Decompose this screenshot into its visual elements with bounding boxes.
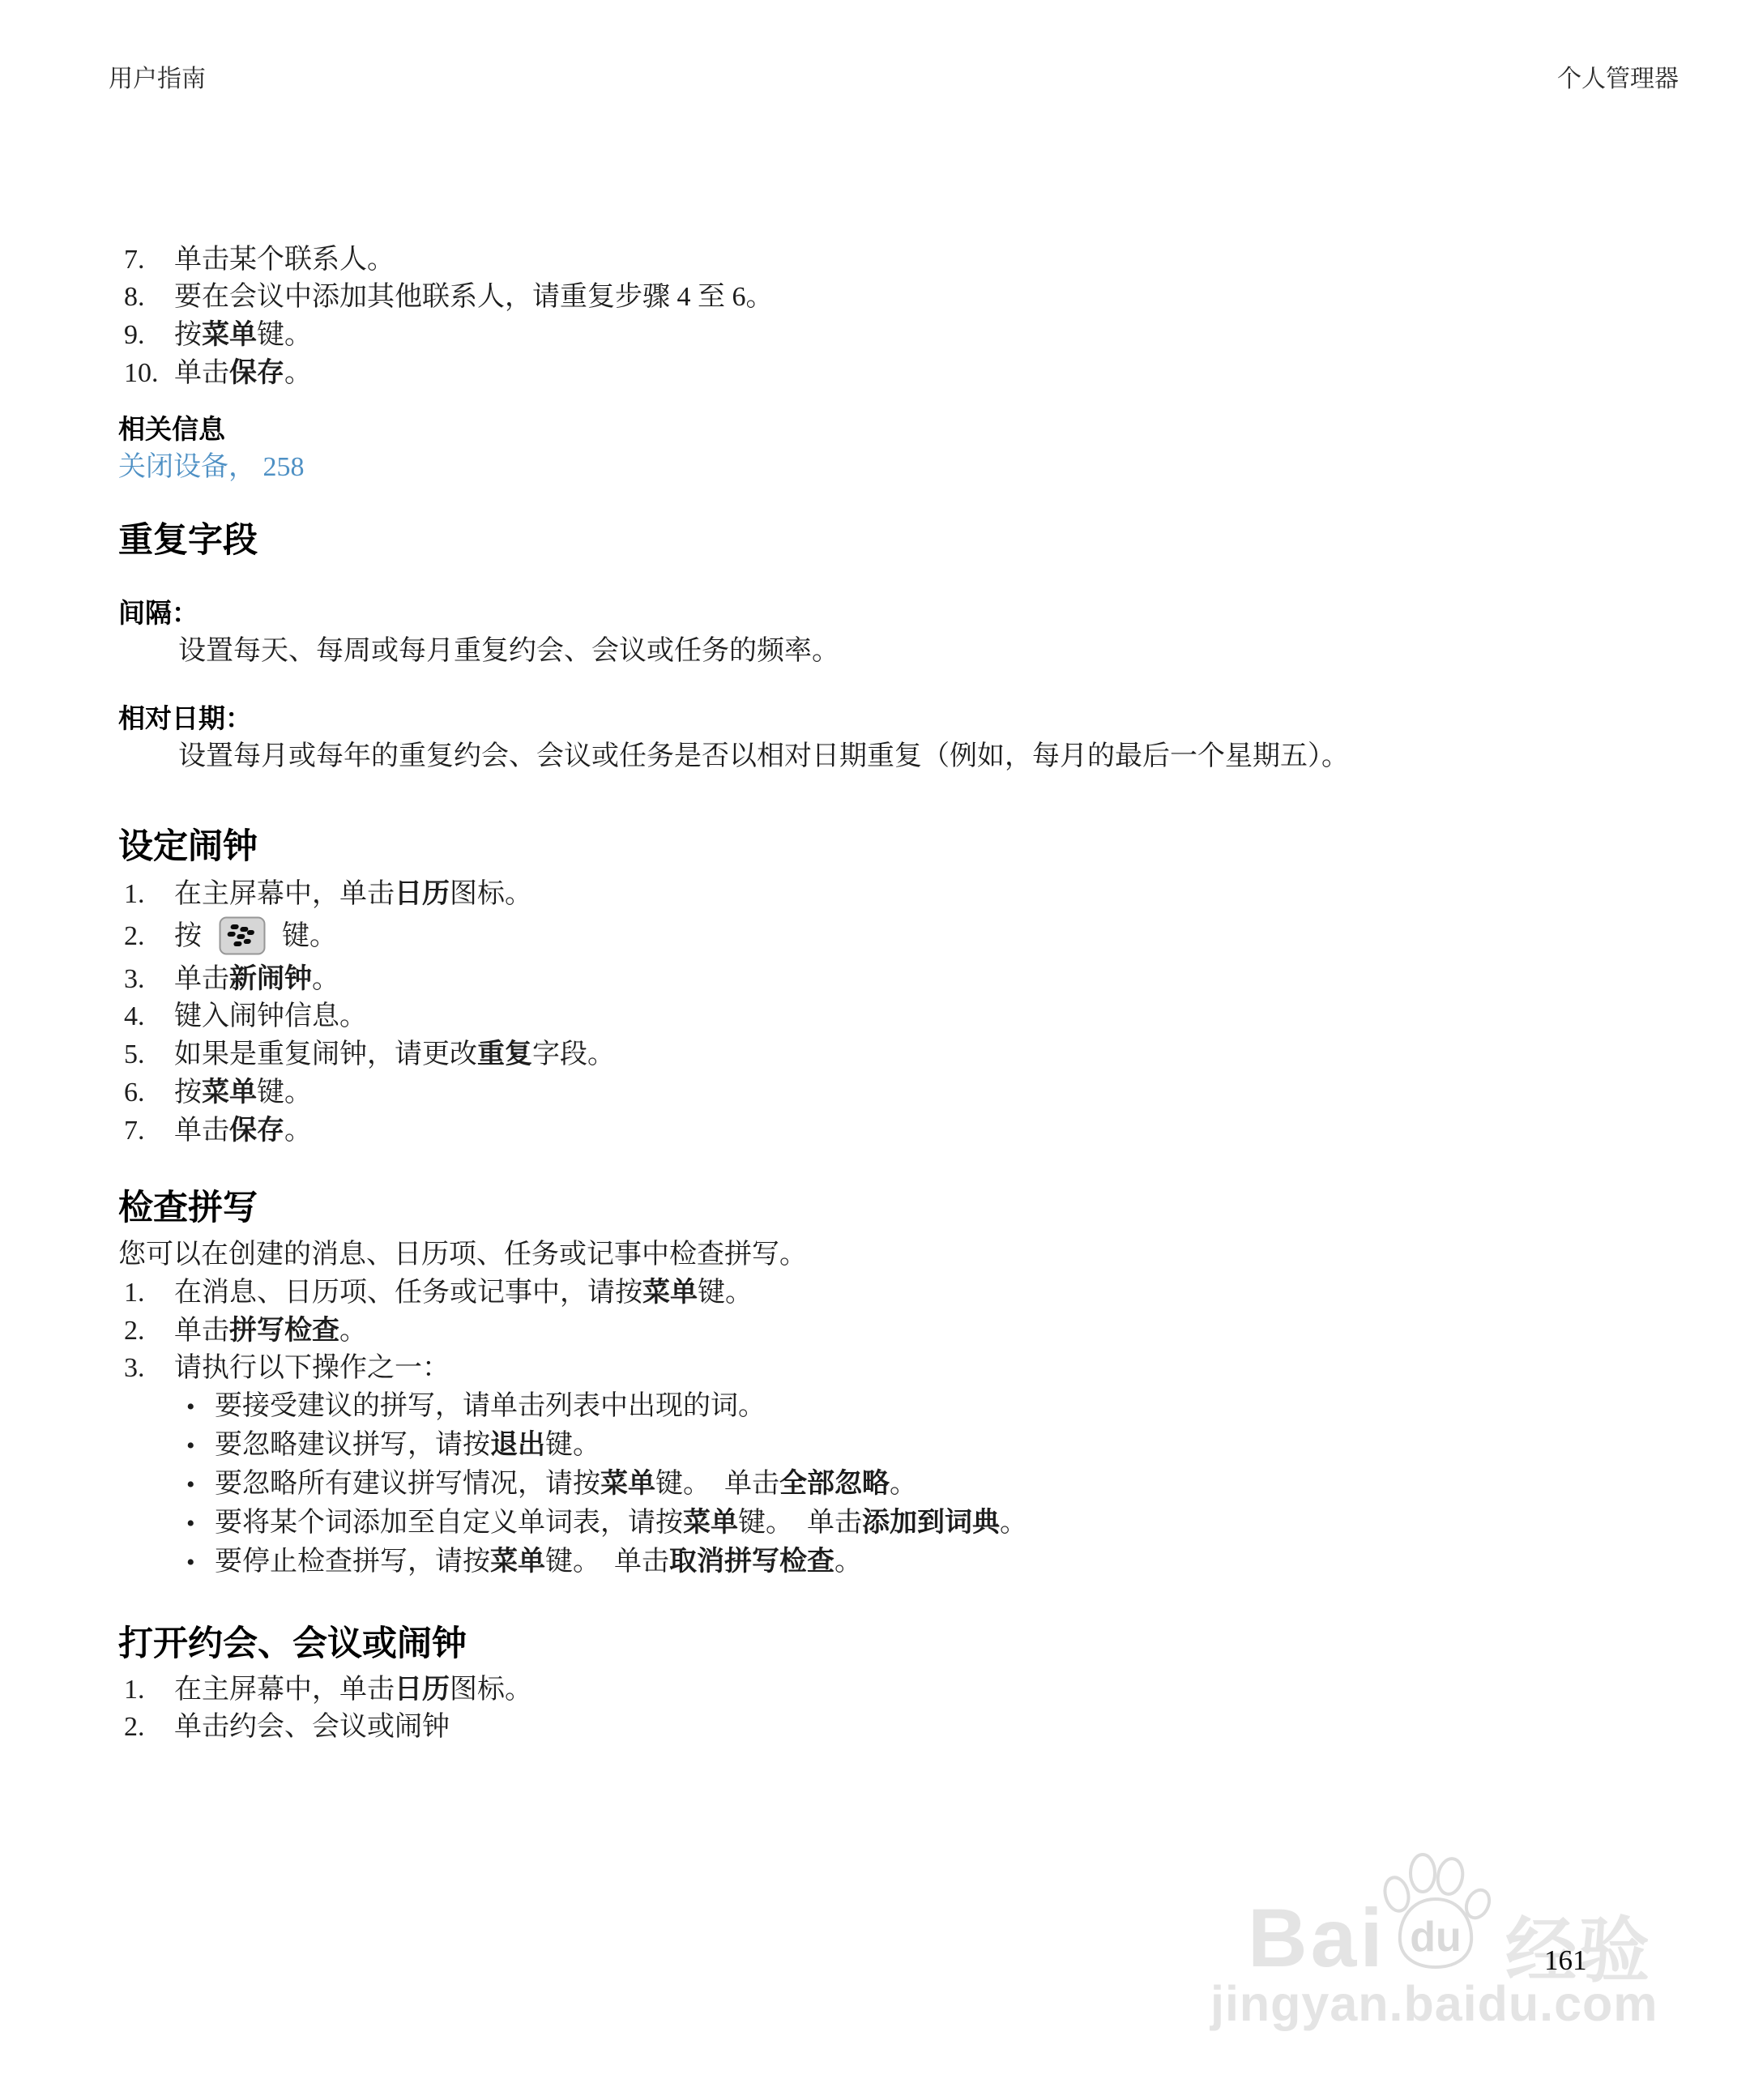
list-item: 7. 单击某个联系人。 [124, 241, 1701, 279]
field-label: 相对日期： [118, 701, 252, 736]
bullet-marker: • [186, 1427, 215, 1465]
header-left: 用户指南 [109, 58, 206, 94]
bullet-marker: • [186, 1505, 215, 1543]
list-item: 4. 键入闹钟信息。 [124, 998, 1701, 1035]
step-number: 2. [124, 913, 174, 960]
field-description: 设置每月或每年的重复约会、会议或任务是否以相对日期重复（例如，每月的最后一个星期… [178, 738, 1349, 775]
step-text: 单击某个联系人。 [174, 241, 395, 279]
step-number: 2. [124, 1312, 174, 1350]
document-page: 用户指南 个人管理器 7. 单击某个联系人。 8. 要在会议中添加其他联系人，请… [0, 0, 1750, 2100]
bullet-item: • 要忽略所有建议拼写情况，请按菜单键。 单击全部忽略。 [186, 1465, 1701, 1504]
step-text: 在消息、日历项、任务或记事中，请按菜单键。 [174, 1274, 753, 1312]
step-text: 单击约会、会议或闹钟 [174, 1709, 450, 1746]
list-item: 3. 请执行以下操作之一： [124, 1350, 1701, 1387]
set-alarm-steps-list: 1. 在主屏幕中，单击日历图标。 2. 按 键。 3. 单击新闹钟。 4. 键入… [124, 875, 1701, 1150]
step-number: 1. [124, 1671, 174, 1709]
list-item: 2. 单击拼写检查。 [124, 1312, 1701, 1350]
bullet-item: • 要将某个词添加至自定义单词表，请按菜单键。 单击添加到词典。 [186, 1504, 1701, 1543]
related-info-heading: 相关信息 [118, 412, 225, 447]
bullet-text: 要忽略建议拼写，请按退出键。 [215, 1426, 600, 1464]
step-text: 单击新闹钟。 [174, 960, 339, 998]
step-number: 5. [124, 1036, 174, 1073]
list-item: 2. 按 键。 [124, 913, 1701, 960]
step-text: 在主屏幕中，单击日历图标。 [174, 875, 532, 913]
contact-steps-list: 7. 单击某个联系人。 8. 要在会议中添加其他联系人，请重复步骤 4 至 6。… [124, 241, 1701, 392]
bullet-item: • 要忽略建议拼写，请按退出键。 [186, 1426, 1701, 1465]
spell-check-options-list: • 要接受建议的拼写，请单击列表中出现的词。 • 要忽略建议拼写，请按退出键。 … [186, 1387, 1701, 1581]
step-number: 3. [124, 961, 174, 998]
step-number: 2. [124, 1709, 174, 1746]
bullet-item: • 要停止检查拼写，请按菜单键。 单击取消拼写检查。 [186, 1543, 1701, 1581]
bullet-text: 要接受建议的拼写，请单击列表中出现的词。 [215, 1387, 766, 1425]
svg-text:du: du [1410, 1914, 1462, 1961]
bullet-text: 要将某个词添加至自定义单词表，请按菜单键。 单击添加到词典。 [215, 1504, 1027, 1542]
step-text: 按菜单键。 [174, 1073, 312, 1112]
open-appointment-steps-list: 1. 在主屏幕中，单击日历图标。 2. 单击约会、会议或闹钟 [124, 1671, 1701, 1746]
list-item: 5. 如果是重复闹钟，请更改重复字段。 [124, 1035, 1701, 1073]
watermark-url: jingyan.baidu.com [1210, 1975, 1658, 2032]
step-number: 8. [124, 279, 174, 316]
list-item: 7. 单击保存。 [124, 1112, 1701, 1150]
step-number: 9. [124, 317, 174, 354]
step-number: 1. [124, 1274, 174, 1312]
list-item: 3. 单击新闹钟。 [124, 960, 1701, 998]
step-number: 6. [124, 1074, 174, 1112]
step-number: 4. [124, 998, 174, 1035]
watermark-brand-left: Bai [1248, 1891, 1386, 1986]
field-description: 设置每天、每周或每月重复约会、会议或任务的频率。 [178, 633, 839, 670]
list-item: 1. 在消息、日历项、任务或记事中，请按菜单键。 [124, 1274, 1701, 1312]
baidu-jingyan-watermark: Bai du 经验 jingyan.baidu.com [1207, 1852, 1693, 2047]
page-number: 161 [1544, 1944, 1587, 1977]
step-text: 按 键。 [174, 913, 337, 960]
bullet-text: 要停止检查拼写，请按菜单键。 单击取消拼写检查。 [215, 1543, 862, 1581]
header-right: 个人管理器 [1557, 58, 1679, 94]
step-text: 单击保存。 [174, 1112, 312, 1150]
step-number: 10. [124, 355, 174, 392]
step-text: 按菜单键。 [174, 316, 312, 354]
section-heading-set-alarm: 设定闹钟 [118, 826, 258, 867]
step-number: 7. [124, 241, 174, 279]
step-number: 3. [124, 1350, 174, 1387]
step-text: 在主屏幕中，单击日历图标。 [174, 1671, 532, 1709]
step-text: 单击保存。 [174, 354, 312, 392]
bullet-marker: • [186, 1466, 215, 1504]
spell-check-intro: 您可以在创建的消息、日历项、任务或记事中检查拼写。 [118, 1236, 807, 1274]
list-item: 1. 在主屏幕中，单击日历图标。 [124, 875, 1701, 913]
list-item: 6. 按菜单键。 [124, 1073, 1701, 1112]
step-text: 如果是重复闹钟，请更改重复字段。 [174, 1035, 615, 1073]
list-item: 10. 单击保存。 [124, 354, 1701, 392]
bullet-marker: • [186, 1388, 215, 1426]
section-heading-repeat-fields: 重复字段 [118, 520, 258, 561]
baidu-paw-icon: du [1369, 1852, 1503, 1976]
step-text: 键入闹钟信息。 [174, 998, 367, 1035]
step-text: 请执行以下操作之一： [174, 1350, 450, 1387]
list-item: 9. 按菜单键。 [124, 316, 1701, 354]
bullet-item: • 要接受建议的拼写，请单击列表中出现的词。 [186, 1387, 1701, 1426]
blackberry-menu-key-icon [219, 916, 266, 955]
list-item: 2. 单击约会、会议或闹钟 [124, 1709, 1701, 1746]
step-number: 1. [124, 876, 174, 913]
page-header: 用户指南 个人管理器 [109, 58, 1679, 94]
bullet-marker: • [186, 1543, 215, 1581]
step-text: 要在会议中添加其他联系人，请重复步骤 4 至 6。 [174, 279, 774, 316]
section-heading-open-appointment: 打开约会、会议或闹钟 [118, 1624, 467, 1664]
field-label: 间隔： [118, 595, 198, 631]
section-heading-spell-check: 检查拼写 [118, 1188, 258, 1228]
list-item: 1. 在主屏幕中，单击日历图标。 [124, 1671, 1701, 1709]
step-text: 单击拼写检查。 [174, 1312, 367, 1350]
related-info-link[interactable]: 关闭设备， 258 [118, 449, 305, 486]
list-item: 8. 要在会议中添加其他联系人，请重复步骤 4 至 6。 [124, 279, 1701, 316]
bullet-text: 要忽略所有建议拼写情况，请按菜单键。 单击全部忽略。 [215, 1465, 917, 1503]
step-number: 7. [124, 1112, 174, 1150]
spell-check-steps-list: 1. 在消息、日历项、任务或记事中，请按菜单键。 2. 单击拼写检查。 3. 请… [124, 1274, 1701, 1387]
